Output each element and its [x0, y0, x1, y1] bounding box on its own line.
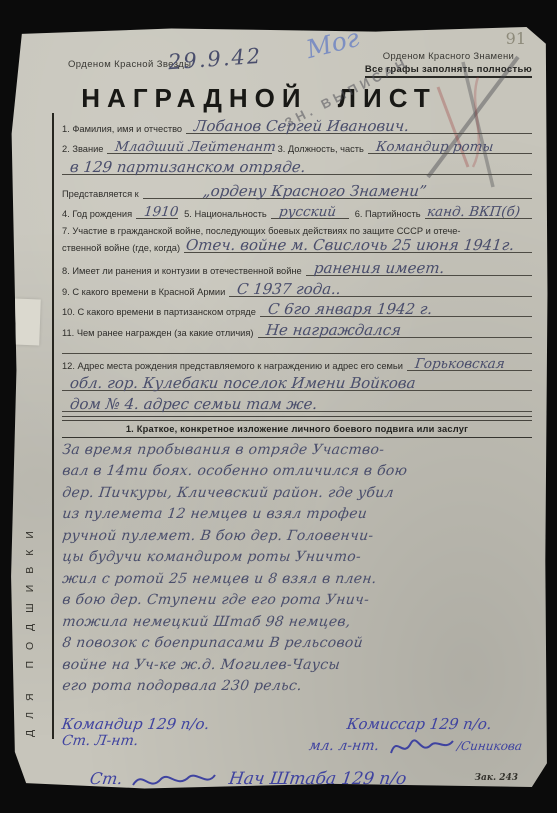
field-address-value2: обл. гор. Кулебаки поселок Имени Войкова	[69, 374, 417, 392]
field-partisan-label: 10. С какого времени в партизанском отря…	[62, 307, 260, 317]
field-nationality-line: русский	[271, 218, 349, 219]
field-nationality-value: русский	[278, 204, 337, 220]
story-line: цы будучи командиром роты Уничто-	[61, 549, 534, 571]
field-war-line: Отеч. войне м. Свислочь 25 июня 1941г.	[184, 252, 532, 253]
left-margin-rule	[52, 113, 54, 739]
commissar-title: Комиссар 129 п/о.	[346, 715, 493, 733]
story-line: дер. Пичкуры, Кличевский район. где убил	[61, 485, 534, 507]
feat-description: За время пробывания в отряде Участво- ва…	[62, 442, 532, 700]
commissar-name: /Синикова	[456, 739, 523, 753]
field-birthyear-line: 1910	[136, 218, 178, 219]
chief-of-staff-row: Ст. Нач Штаба 129 п/о	[62, 769, 532, 793]
blank-underline	[62, 353, 532, 354]
story-line: вал в 14ти боях. особенно отличился в бо…	[61, 463, 534, 485]
chief-prefix: Ст.	[89, 769, 124, 788]
lieutenant-row: Лейтенант Гончаленков/	[62, 791, 532, 813]
signature-ranks-row: Ст. Л-нт. мл. л-нт. /Синикова	[62, 733, 532, 759]
field-address-label: 12. Адрес места рождения представляемого…	[62, 361, 407, 371]
field-wounds-label: 8. Имеет ли ранения и контузии в отечест…	[62, 266, 306, 276]
commissar-rank: мл. л-нт.	[308, 738, 380, 754]
chief-prefix-signature	[129, 769, 219, 793]
field-address-line1: Горьковская	[407, 370, 532, 371]
field-nominated-value: „ордену Красного Знамени”	[202, 182, 428, 200]
order-red-banner-label: Орденом Красного Знамени	[365, 51, 532, 62]
blue-pencil-scrawl: Мог	[303, 23, 362, 64]
field-address-l3: дом № 4. адрес семьи там же.	[62, 391, 532, 412]
story-line: ручной пулемет. В бою дер. Головенчи-	[61, 528, 534, 550]
field-address-line3: дом № 4. адрес семьи там же.	[62, 411, 532, 412]
field-rank-line: Младший Лейтенант	[107, 153, 271, 154]
field-duty-cont-value: в 129 партизанском отряде.	[69, 158, 306, 176]
field-nominated: Представляется к „ордену Красного Знамен…	[62, 175, 532, 199]
field-nationality-label: 5. Национальность	[178, 209, 271, 219]
story-line: его рота подорвала 230 рельс.	[61, 678, 534, 700]
field-prior-awards-line: Не награждался	[258, 337, 533, 338]
field-duty-continuation: в 129 партизанском отряде.	[62, 154, 532, 175]
second-chief-name: Гончаленков/	[429, 797, 524, 812]
field-war-label-line1: 7. Участие в гражданской войне, последую…	[62, 226, 465, 236]
tape-patch	[13, 299, 41, 346]
handwritten-date: 29.9.42	[167, 44, 263, 75]
field-red-army-value: С 1937 года..	[236, 280, 342, 298]
field-prior-awards-value: Не награждался	[265, 321, 402, 339]
field-party-line: канд. ВКП(б)	[425, 218, 532, 219]
field-birth-nation-party: 4. Год рождения 1910 5. Национальность р…	[62, 199, 532, 220]
field-prior-awards: 11. Чем ранее награжден (за какие отличи…	[62, 317, 532, 338]
story-line: в бою дер. Ступени где его рота Унич-	[61, 592, 534, 614]
field-nominated-label: Представляется к	[62, 189, 143, 199]
field-party-label: 6. Партийность	[349, 209, 425, 219]
scanned-award-document: { "colors": { "paper": "#c7c5bb", "print…	[0, 0, 557, 813]
chief-title: Нач Штаба 129 п/о	[227, 769, 407, 789]
field-name-line: Лобанов Сергей Иванович.	[186, 133, 532, 134]
field-red-army-line: С 1937 года..	[229, 296, 532, 297]
filing-margin-label: ДЛЯ ПОДШИВКИ	[24, 197, 36, 737]
document-title: НАГРАДНОЙ ЛИСТ	[10, 83, 508, 114]
field-address: 12. Адрес места рождения представляемого…	[62, 354, 532, 371]
commissar-signature-group: мл. л-нт. /Синикова	[309, 733, 522, 759]
field-war-participation-l2: ственной войне (где, когда) Отеч. войне …	[62, 236, 532, 253]
story-line: 8 повозок с боеприпасами В рельсовой	[61, 635, 534, 657]
field-partisan-line: С 6го января 1942 г.	[260, 316, 532, 317]
story-line: жил с ротой 25 немцев и 8 взял в плен.	[61, 571, 534, 593]
single-rule	[62, 437, 532, 438]
story-line: За время пробывания в отряде Участво-	[61, 442, 534, 464]
field-war-participation-l1: 7. Участие в гражданской войне, последую…	[62, 219, 532, 236]
commissar-signature	[387, 733, 457, 759]
field-red-army-since: 9. С какого времени в Красной Армии С 19…	[62, 276, 532, 297]
field-wounds-line: ранения имеет.	[306, 275, 532, 276]
story-line: войне на Уч-ке ж.д. Могилев-Чаусы	[61, 657, 534, 679]
field-address-l2: обл. гор. Кулебаки поселок Имени Войкова	[62, 371, 532, 392]
field-duty-value: Командир роты	[375, 139, 494, 155]
field-address-value3: дом № 4. адрес семьи там же.	[69, 395, 318, 413]
field-duty-label: 3. Должность, часть	[272, 144, 368, 154]
field-rank-duty: 2. Звание Младший Лейтенант 3. Должность…	[62, 134, 532, 155]
field-birthyear-label: 4. Год рождения	[62, 209, 136, 219]
story-line: тожила немецкий Штаб 98 немцев,	[61, 614, 534, 636]
field-red-army-label: 9. С какого времени в Красной Армии	[62, 287, 229, 297]
corner-page-number: 91	[506, 29, 526, 48]
field-wounds-value: ранения имеет.	[313, 259, 445, 277]
paper-sheet: ДЛЯ ПОДШИВКИ Орденом Красной Звезды 29.9…	[10, 27, 548, 790]
field-duty-line: Командир роты	[368, 153, 532, 154]
field-wounds: 8. Имеет ли ранения и контузии в отечест…	[62, 253, 532, 276]
section-header: 1. Краткое, конкретное изложение личного…	[62, 421, 532, 437]
field-duty-cont-line: в 129 партизанском отряде.	[62, 174, 532, 175]
commander-rank: Ст. Л-нт.	[61, 733, 139, 749]
field-address-value1: Горьковская	[414, 356, 505, 372]
blank-line	[62, 338, 532, 354]
story-line: из пулемета 12 немцев и взял трофеи	[61, 506, 534, 528]
field-war-value: Отеч. войне м. Свислочь 25 июня 1941г.	[185, 236, 515, 254]
field-party-value: канд. ВКП(б)	[426, 204, 521, 220]
field-name-value: Лобанов Сергей Иванович.	[193, 117, 410, 135]
field-prior-awards-label: 11. Чем ранее награжден (за какие отличи…	[62, 328, 258, 338]
signature-titles-row: Командир 129 п/о. Комиссар 129 п/о.	[62, 715, 532, 733]
chief-rank: Лейтенант	[176, 796, 269, 812]
field-partisan-since: 10. С какого времени в партизанском отря…	[62, 297, 532, 318]
field-name-label: 1. Фамилия, имя и отчество	[62, 124, 186, 134]
field-war-label-line2: ственной войне (где, когда)	[62, 243, 184, 253]
field-rank-value: Младший Лейтенант	[115, 139, 278, 155]
print-order-ref: Зак. 243	[475, 773, 518, 783]
field-rank-label: 2. Звание	[62, 144, 107, 154]
commander-title: Командир 129 п/о.	[61, 715, 211, 733]
field-partisan-value: С 6го января 1942 г.	[267, 300, 433, 318]
field-address-line2: обл. гор. Кулебаки поселок Имени Войкова	[62, 390, 532, 391]
form-fields: 1. Фамилия, имя и отчество Лобанов Серге…	[62, 113, 532, 700]
field-nominated-line: „ордену Красного Знамени”	[143, 198, 532, 199]
field-birthyear-value: 1910	[143, 204, 179, 220]
signature-block: Командир 129 п/о. Комиссар 129 п/о. Ст. …	[62, 715, 532, 813]
field-name: 1. Фамилия, имя и отчество Лобанов Серге…	[62, 113, 532, 134]
